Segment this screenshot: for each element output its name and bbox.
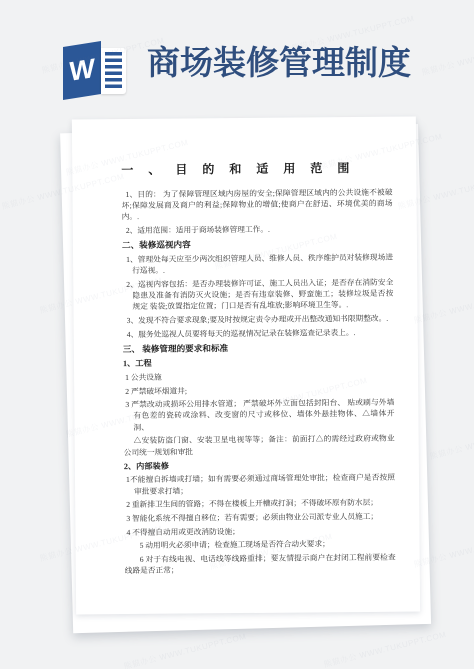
doc-heading-1: 一、目的和适用范围 [121, 161, 392, 178]
word-icon-letter: W [69, 55, 94, 86]
doc-paragraph: 3、发现不符合要求现象;要及时按规定责令办理或开出整改通知书限期整改。. [123, 313, 394, 327]
doc-paragraph: 1、管理处每天应至少两次组织管理人员、维修人员、秩序维护员对装修现场进行巡视。. [122, 252, 393, 277]
doc-heading-2: 二、装修巡视内容 [122, 238, 393, 252]
doc-paragraph: 2、巡视内容包括：是否办理装修许可证、施工人员出入证；是否存在消防安全隐患及准备… [122, 277, 393, 313]
watermark-text: 熊猫办公 WWW.TUKUPPT.COM [429, 421, 474, 462]
watermark-text: 熊猫办公 WWW.TUKUPPT.COM [323, 629, 448, 669]
doc-heading-3: 三、 装修管理的要求和标准 [123, 342, 394, 356]
doc-paragraph: 6 对于有线电视、电话线等线路重排；要友情提示商户在封闭工程前要检查线路是否正常… [125, 552, 396, 577]
watermark-text: 熊猫办公 WWW.TUKUPPT.COM [123, 631, 248, 669]
doc-paragraph: 5 动用明火必须申请；检查施工现场是否符合动火要求； [125, 538, 396, 552]
doc-paragraph: 4、服务处巡视人员要将每天的巡视情况记录在装修巡查记录表上。. [123, 326, 394, 340]
doc-paragraph: 4 不得擅自动用或更改消防设施； [124, 524, 395, 538]
page-title: 商场装修管理制度 [147, 44, 467, 84]
doc-paragraph: 1、目的： 为了保障管理区域内房屋的安全;保障管理区域内的公共设施不被破坏;保障… [121, 187, 392, 223]
word-icon-panel: W [63, 41, 101, 100]
doc-paragraph: 1不能擅自拆墙或打墙；如有需要必须通过商场管理处审批；检查商户是否按照审批要求打… [124, 472, 395, 497]
doc-paragraph: 1 公共设施 [123, 370, 394, 384]
word-icon-document [101, 48, 126, 94]
header: W 商场装修管理制度 [0, 0, 474, 112]
doc-paragraph: 3 智能化系统不得擅自移位；若有需要；必须由物业公司派专业人员施工； [124, 511, 395, 525]
doc-subheading: 2、内部装修 [124, 458, 395, 472]
document-body: 一、目的和适用范围1、目的： 为了保障管理区域内房屋的安全;保障管理区域内的公共… [121, 161, 396, 577]
doc-paragraph: △安装防盗门窗、安装卫星电视等等；备注：前面打△的需经过政府或物业公司统一规划和… [124, 433, 395, 458]
word-icon-lines [105, 52, 122, 90]
doc-subheading: 1、工程 [123, 356, 394, 370]
template-preview: { "colors":{ "background":"#f1f2f3", "pa… [0, 0, 474, 669]
doc-paragraph: 3 严禁改动或损坏公用排水管道； 严禁破坏外立面包括封阳台、 贴或刷与外墙有色差… [123, 397, 394, 433]
doc-paragraph: 2 严禁破坏烟道井; [123, 383, 394, 397]
document-page-front: 一、目的和适用范围1、目的： 为了保障管理区域内房屋的安全;保障管理区域内的公共… [72, 117, 420, 615]
doc-paragraph: 2、适用范围：适用于商场装修管理工作。. [122, 223, 393, 237]
word-icon: W [62, 36, 126, 98]
doc-paragraph: 2 重新排卫生间的管路；不得在楼板上开槽或打洞；不得破坏原有防水层； [124, 497, 395, 511]
